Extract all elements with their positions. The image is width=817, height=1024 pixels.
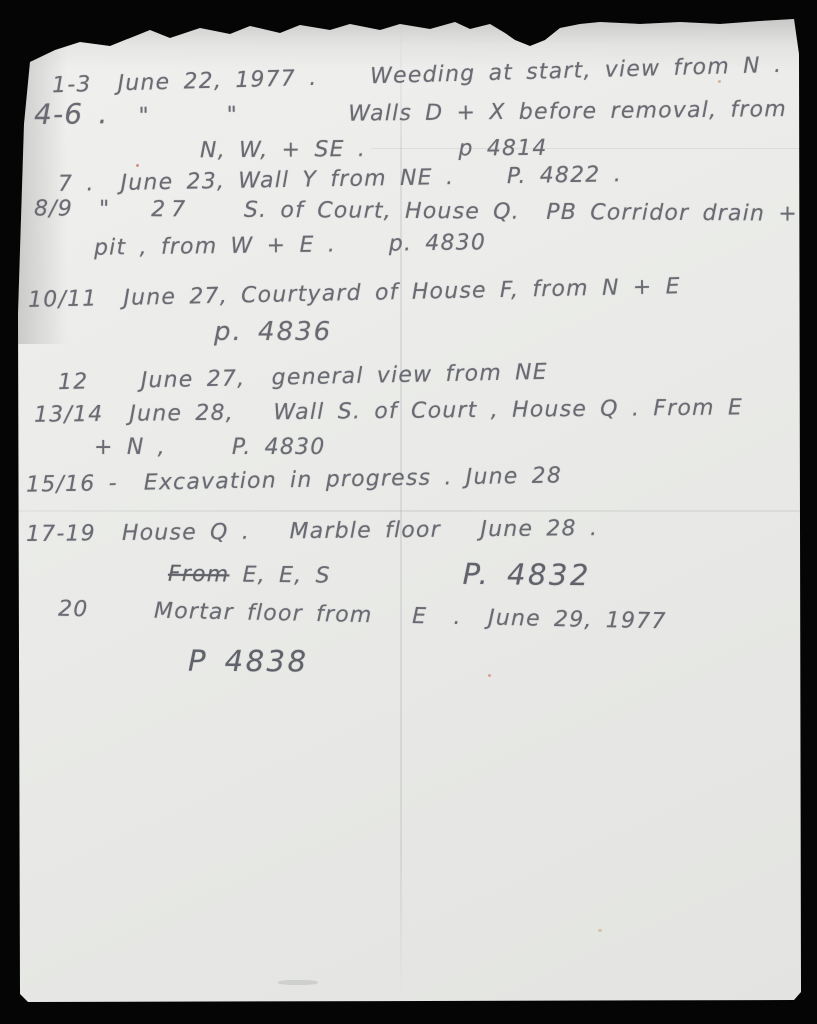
entry-number: 7 . xyxy=(58,172,95,197)
entry-number: 4-6 . xyxy=(34,99,109,131)
handwritten-note-paper: 1-3June 22, 1977 . Weeding at start, vie… xyxy=(18,14,802,1002)
log-line: 15/16 -Excavation in progress . June 28 xyxy=(26,464,562,498)
entry-text: pit , from W + E . p. 4830 xyxy=(94,230,486,260)
entry-number: 15/16 - xyxy=(26,472,118,498)
entry-number: 17-19 xyxy=(26,522,96,547)
entry-text: P. 4832 xyxy=(462,557,591,592)
entry-text: June 23, Wall Y from NE . P. 4822 . xyxy=(120,162,622,196)
log-line: From E, E, S P. 4832 xyxy=(168,556,591,592)
log-line: N, W, + SE . p 4814 xyxy=(200,137,548,164)
log-line: P 4838 xyxy=(188,646,309,679)
entry-number: 13/14 xyxy=(34,403,104,428)
entry-text: S. of Court, House Q. PB Corridor drain … xyxy=(191,197,798,226)
entry-number: 8/9 xyxy=(34,197,73,221)
entry-text: N, W, + SE . p 4814 xyxy=(200,136,548,163)
entry-text: P 4838 xyxy=(188,644,309,679)
entry-number: 10/11 xyxy=(28,287,98,313)
log-line: 20 Mortar floor from E . June 29, 1977 xyxy=(58,598,667,635)
entry-text: " " xyxy=(138,103,242,129)
log-line: 4-6 ." " Walls D + X before removal, fro… xyxy=(34,92,787,131)
log-line: pit , from W + E . p. 4830 xyxy=(94,231,486,261)
log-line: 8/9" 27 S. of Court, House Q. PB Corrido… xyxy=(34,197,798,227)
entry-number: 12 xyxy=(58,370,89,395)
log-line: 12 June 27, general view from NE xyxy=(58,361,548,395)
photograph-background: 1-3June 22, 1977 . Weeding at start, vie… xyxy=(0,0,817,1024)
log-line: + N , P. 4830 xyxy=(94,436,325,460)
photo-log-lines: 1-3June 22, 1977 . Weeding at start, vie… xyxy=(18,14,802,1002)
entry-text: Mortar floor from E . June 29, 1977 xyxy=(114,598,667,635)
entry-text: June 27, Courtyard of House F, from N + … xyxy=(123,274,681,311)
entry-text: Walls D + X before removal, from xyxy=(243,97,787,128)
entry-text: + N , P. 4830 xyxy=(94,435,325,460)
entry-text: From xyxy=(168,562,230,588)
entry-text: June 28, Wall S. of Court , House Q . Fr… xyxy=(129,395,743,426)
entry-text: p. 4836 xyxy=(214,317,332,347)
log-line: p. 4836 xyxy=(214,318,332,347)
log-line: 7 .June 23, Wall Y from NE . P. 4822 . xyxy=(58,163,622,197)
entry-text: June 22, 1977 . Weeding at start, view f… xyxy=(117,53,782,97)
log-line: 1-3June 22, 1977 . Weeding at start, vie… xyxy=(52,54,783,99)
entry-number: 20 xyxy=(58,598,89,623)
entry-number: 1-3 xyxy=(52,73,92,98)
entry-text: House Q . Marble floor June 28 . xyxy=(122,516,598,546)
entry-text: June 27, general view from NE xyxy=(114,360,548,394)
log-line: 13/14June 28, Wall S. of Court , House Q… xyxy=(34,396,743,428)
entry-text: Excavation in progress . June 28 xyxy=(144,463,563,495)
log-line: 10/11June 27, Courtyard of House F, from… xyxy=(28,275,681,313)
entry-text: E, E, S xyxy=(229,562,463,589)
entry-text: " 27 xyxy=(99,197,191,223)
log-line: 17-19House Q . Marble floor June 28 . xyxy=(26,517,598,547)
